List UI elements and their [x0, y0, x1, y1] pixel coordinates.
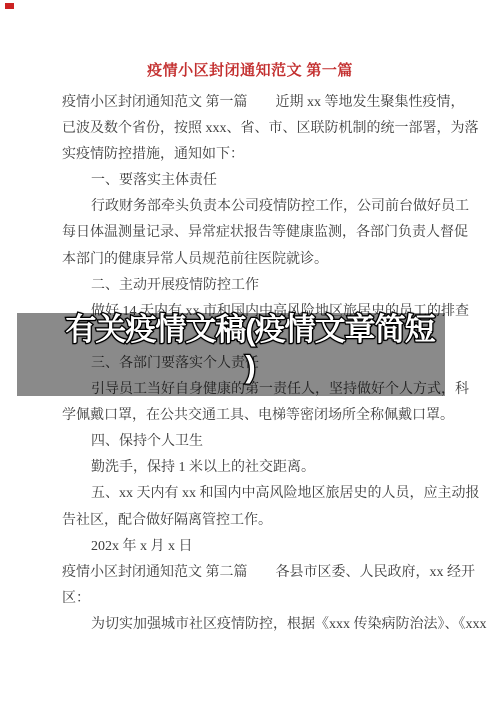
doc-line: 四、保持个人卫生 — [62, 429, 442, 455]
doc-line-date: 202x 年 x 月 x 日 — [62, 534, 442, 560]
doc-line: 为切实加强城市社区疫情防控，根据《xxx 传染病防治法》、《xxx — [62, 612, 442, 638]
doc-line: 疫情小区封闭通知范文 第一篇 近期 xx 等地发生聚集性疫情， — [62, 90, 442, 116]
watermark-title-line2: ) — [0, 348, 500, 385]
doc-line: 一、要落实主体责任 — [62, 168, 442, 194]
doc-line: 勤洗手，保持 1 米以上的社交距离。 — [62, 455, 442, 481]
doc-line: 行政财务部牵头负责本公司疫情防控工作，公司前台做好员工 — [62, 194, 442, 220]
doc-line: 疫情小区封闭通知范文 第二篇 各县市区委、人民政府，xx 经开 — [62, 560, 442, 586]
corner-mark — [5, 3, 14, 9]
doc-line: 实疫情防控措施，通知如下： — [62, 142, 442, 168]
doc-line: 本部门的健康异常人员规范前往医院就诊。 — [62, 247, 442, 273]
watermark-title: 有关疫情文稿(疫情文章简短 ) — [0, 311, 500, 385]
doc-line: 每日体温测量记录、异常症状报告等健康监测，各部门负责人督促 — [62, 220, 442, 246]
watermark-title-line1: 有关疫情文稿(疫情文章简短 — [0, 311, 500, 348]
document-page: 疫情小区封闭通知范文 第一篇 疫情小区封闭通知范文 第一篇 近期 xx 等地发生… — [0, 0, 500, 706]
doc-line: 已波及数个省份，按照 xxx、省、市、区联防机制的统一部署，为落 — [62, 116, 442, 142]
doc-title: 疫情小区封闭通知范文 第一篇 — [0, 62, 500, 80]
doc-line: 学佩戴口罩，在公共交通工具、电梯等密闭场所全称佩戴口罩。 — [62, 403, 442, 429]
doc-line: 告社区，配合做好隔离管控工作。 — [62, 508, 442, 534]
doc-line: 区： — [62, 586, 442, 612]
doc-line: 五、xx 天内有 xx 和国内中高风险地区旅居史的人员，应主动报 — [62, 481, 442, 507]
doc-line: 二、主动开展疫情防控工作 — [62, 273, 442, 299]
